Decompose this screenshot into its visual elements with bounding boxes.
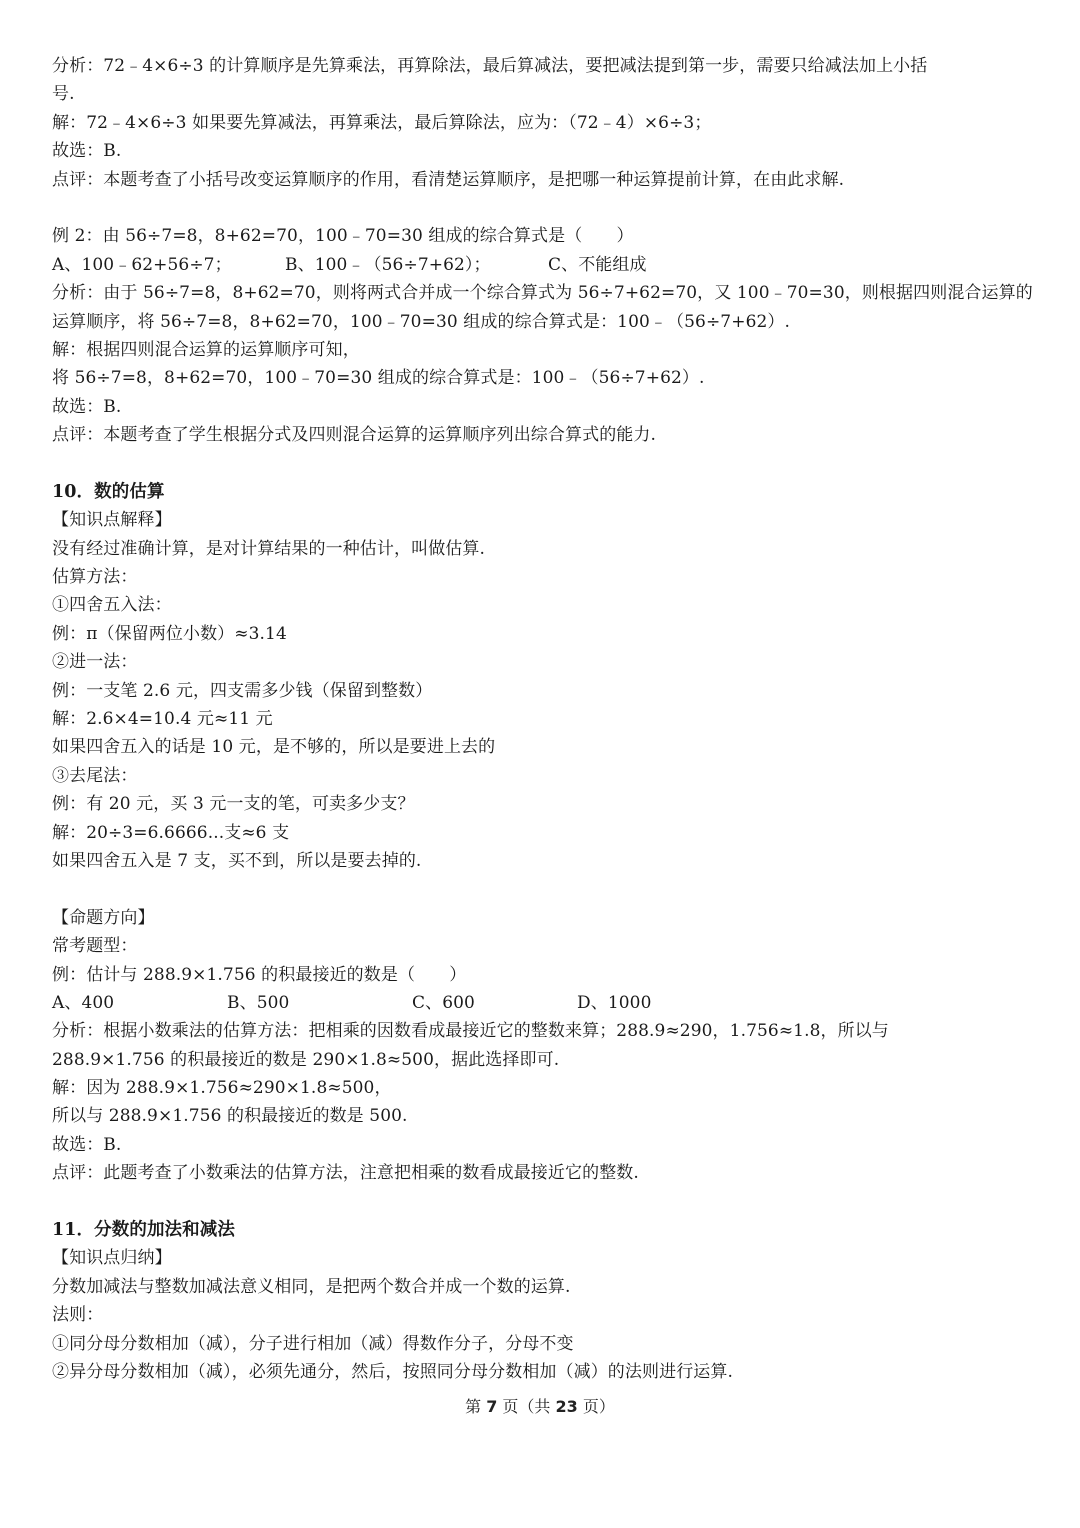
document-page: 分析：72﹣4×6÷3 的计算顺序是先算乘法，再算除法，最后算减法，要把减法提到… [52, 52, 1042, 1386]
knowledge-header: 【知识点归纳】 [52, 1244, 1042, 1272]
option-b: B、500 [227, 989, 412, 1017]
comment-text: 点评：此题考查了小数乘法的估算方法，注意把相乘的数看成最接近它的整数. [52, 1159, 1042, 1187]
section-title: 10．数的估算 [52, 478, 1042, 506]
body-line: 如果四舍五入是 7 支，买不到，所以是要去掉的. [52, 847, 1042, 875]
analysis-text: 分析：根据小数乘法的估算方法：把相乘的因数看成最接近它的整数来算；288.9≈2… [52, 1017, 1042, 1045]
footer-suffix: 页） [583, 1397, 615, 1416]
option-b: B、100﹣（56÷7+62）； [285, 251, 548, 279]
solution-text: 解：72﹣4×6÷3 如果要先算减法，再算乘法，最后算除法，应为：（72﹣4）×… [52, 109, 1042, 137]
spacer [52, 194, 1042, 222]
option-a: A、400 [52, 989, 227, 1017]
option-c: C、不能组成 [548, 251, 647, 279]
body-line: ①同分母分数相加（减），分子进行相加（减）得数作分子，分母不变 [52, 1330, 1042, 1358]
body-line: 如果四舍五入的话是 10 元，是不够的，所以是要进上去的 [52, 733, 1042, 761]
analysis-text-continued: 288.9×1.756 的积最接近的数是 290×1.8≈500，据此选择即可. [52, 1046, 1042, 1074]
body-line: 没有经过准确计算，是对计算结果的一种估计，叫做估算. [52, 535, 1042, 563]
page-footer: 第 7 页（共 23 页） [0, 1394, 1080, 1420]
body-line: 解：2.6×4=10.4 元≈11 元 [52, 705, 1042, 733]
solution-text-continued: 所以与 288.9×1.756 的积最接近的数是 500. [52, 1102, 1042, 1130]
solution-text-continued: 将 56÷7=8，8+62=70，100﹣70=30 组成的综合算式是：100﹣… [52, 364, 1042, 392]
comment-text: 点评：本题考查了学生根据分式及四则混合运算的运算顺序列出综合算式的能力. [52, 421, 1042, 449]
analysis-text-continued: 号. [52, 80, 1042, 108]
option-d: D、1000 [577, 989, 652, 1017]
common-type-label: 常考题型： [52, 932, 1042, 960]
solution-text: 解：因为 288.9×1.756≈290×1.8≈500， [52, 1074, 1042, 1102]
answer-text: 故选：B. [52, 1131, 1042, 1159]
spacer [52, 449, 1042, 477]
body-line: 例：一支笔 2.6 元，四支需多少钱（保留到整数） [52, 677, 1042, 705]
knowledge-header: 【知识点解释】 [52, 506, 1042, 534]
answer-text: 故选：B. [52, 137, 1042, 165]
analysis-text-continued: 运算顺序，将 56÷7=8，8+62=70，100﹣70=30 组成的综合算式是… [52, 308, 1042, 336]
body-line: 估算方法： [52, 563, 1042, 591]
solution-text: 解：根据四则混合运算的运算顺序可知， [52, 336, 1042, 364]
current-page-number: 7 [486, 1397, 497, 1416]
spacer [52, 1188, 1042, 1216]
footer-middle: 页（共 [502, 1397, 550, 1416]
option-c: C、600 [412, 989, 577, 1017]
body-line: 分数加减法与整数加减法意义相同，是把两个数合并成一个数的运算. [52, 1273, 1042, 1301]
section-title: 11．分数的加法和减法 [52, 1216, 1042, 1244]
spacer [52, 875, 1042, 903]
body-line: ①四舍五入法： [52, 591, 1042, 619]
body-line: 例：有 20 元，买 3 元一支的笔，可卖多少支？ [52, 790, 1042, 818]
example-options: A、100﹣62+56÷7； B、100﹣（56÷7+62）； C、不能组成 [52, 251, 1042, 279]
example-options: A、400 B、500 C、600 D、1000 [52, 989, 1042, 1017]
body-line: ②进一法： [52, 648, 1042, 676]
body-line: 例：π（保留两位小数）≈3.14 [52, 620, 1042, 648]
body-line: 解：20÷3=6.6666...支≈6 支 [52, 819, 1042, 847]
body-line: ③去尾法： [52, 762, 1042, 790]
total-page-count: 23 [556, 1397, 578, 1416]
analysis-text: 分析：由于 56÷7=8，8+62=70，则将两式合并成一个综合算式为 56÷7… [52, 279, 1042, 307]
direction-header: 【命题方向】 [52, 904, 1042, 932]
analysis-text: 分析：72﹣4×6÷3 的计算顺序是先算乘法，再算除法，最后算减法，要把减法提到… [52, 52, 1042, 80]
option-a: A、100﹣62+56÷7； [52, 251, 285, 279]
body-line: 法则： [52, 1301, 1042, 1329]
comment-text: 点评：本题考查了小括号改变运算顺序的作用，看清楚运算顺序，是把哪一种运算提前计算… [52, 166, 1042, 194]
example-question: 例：估计与 288.9×1.756 的积最接近的数是（ ） [52, 961, 1042, 989]
body-line: ②异分母分数相加（减），必须先通分，然后，按照同分母分数相加（减）的法则进行运算… [52, 1358, 1042, 1386]
footer-prefix: 第 [465, 1397, 481, 1416]
example-question: 例 2：由 56÷7=8，8+62=70，100﹣70=30 组成的综合算式是（… [52, 222, 1042, 250]
answer-text: 故选：B. [52, 393, 1042, 421]
